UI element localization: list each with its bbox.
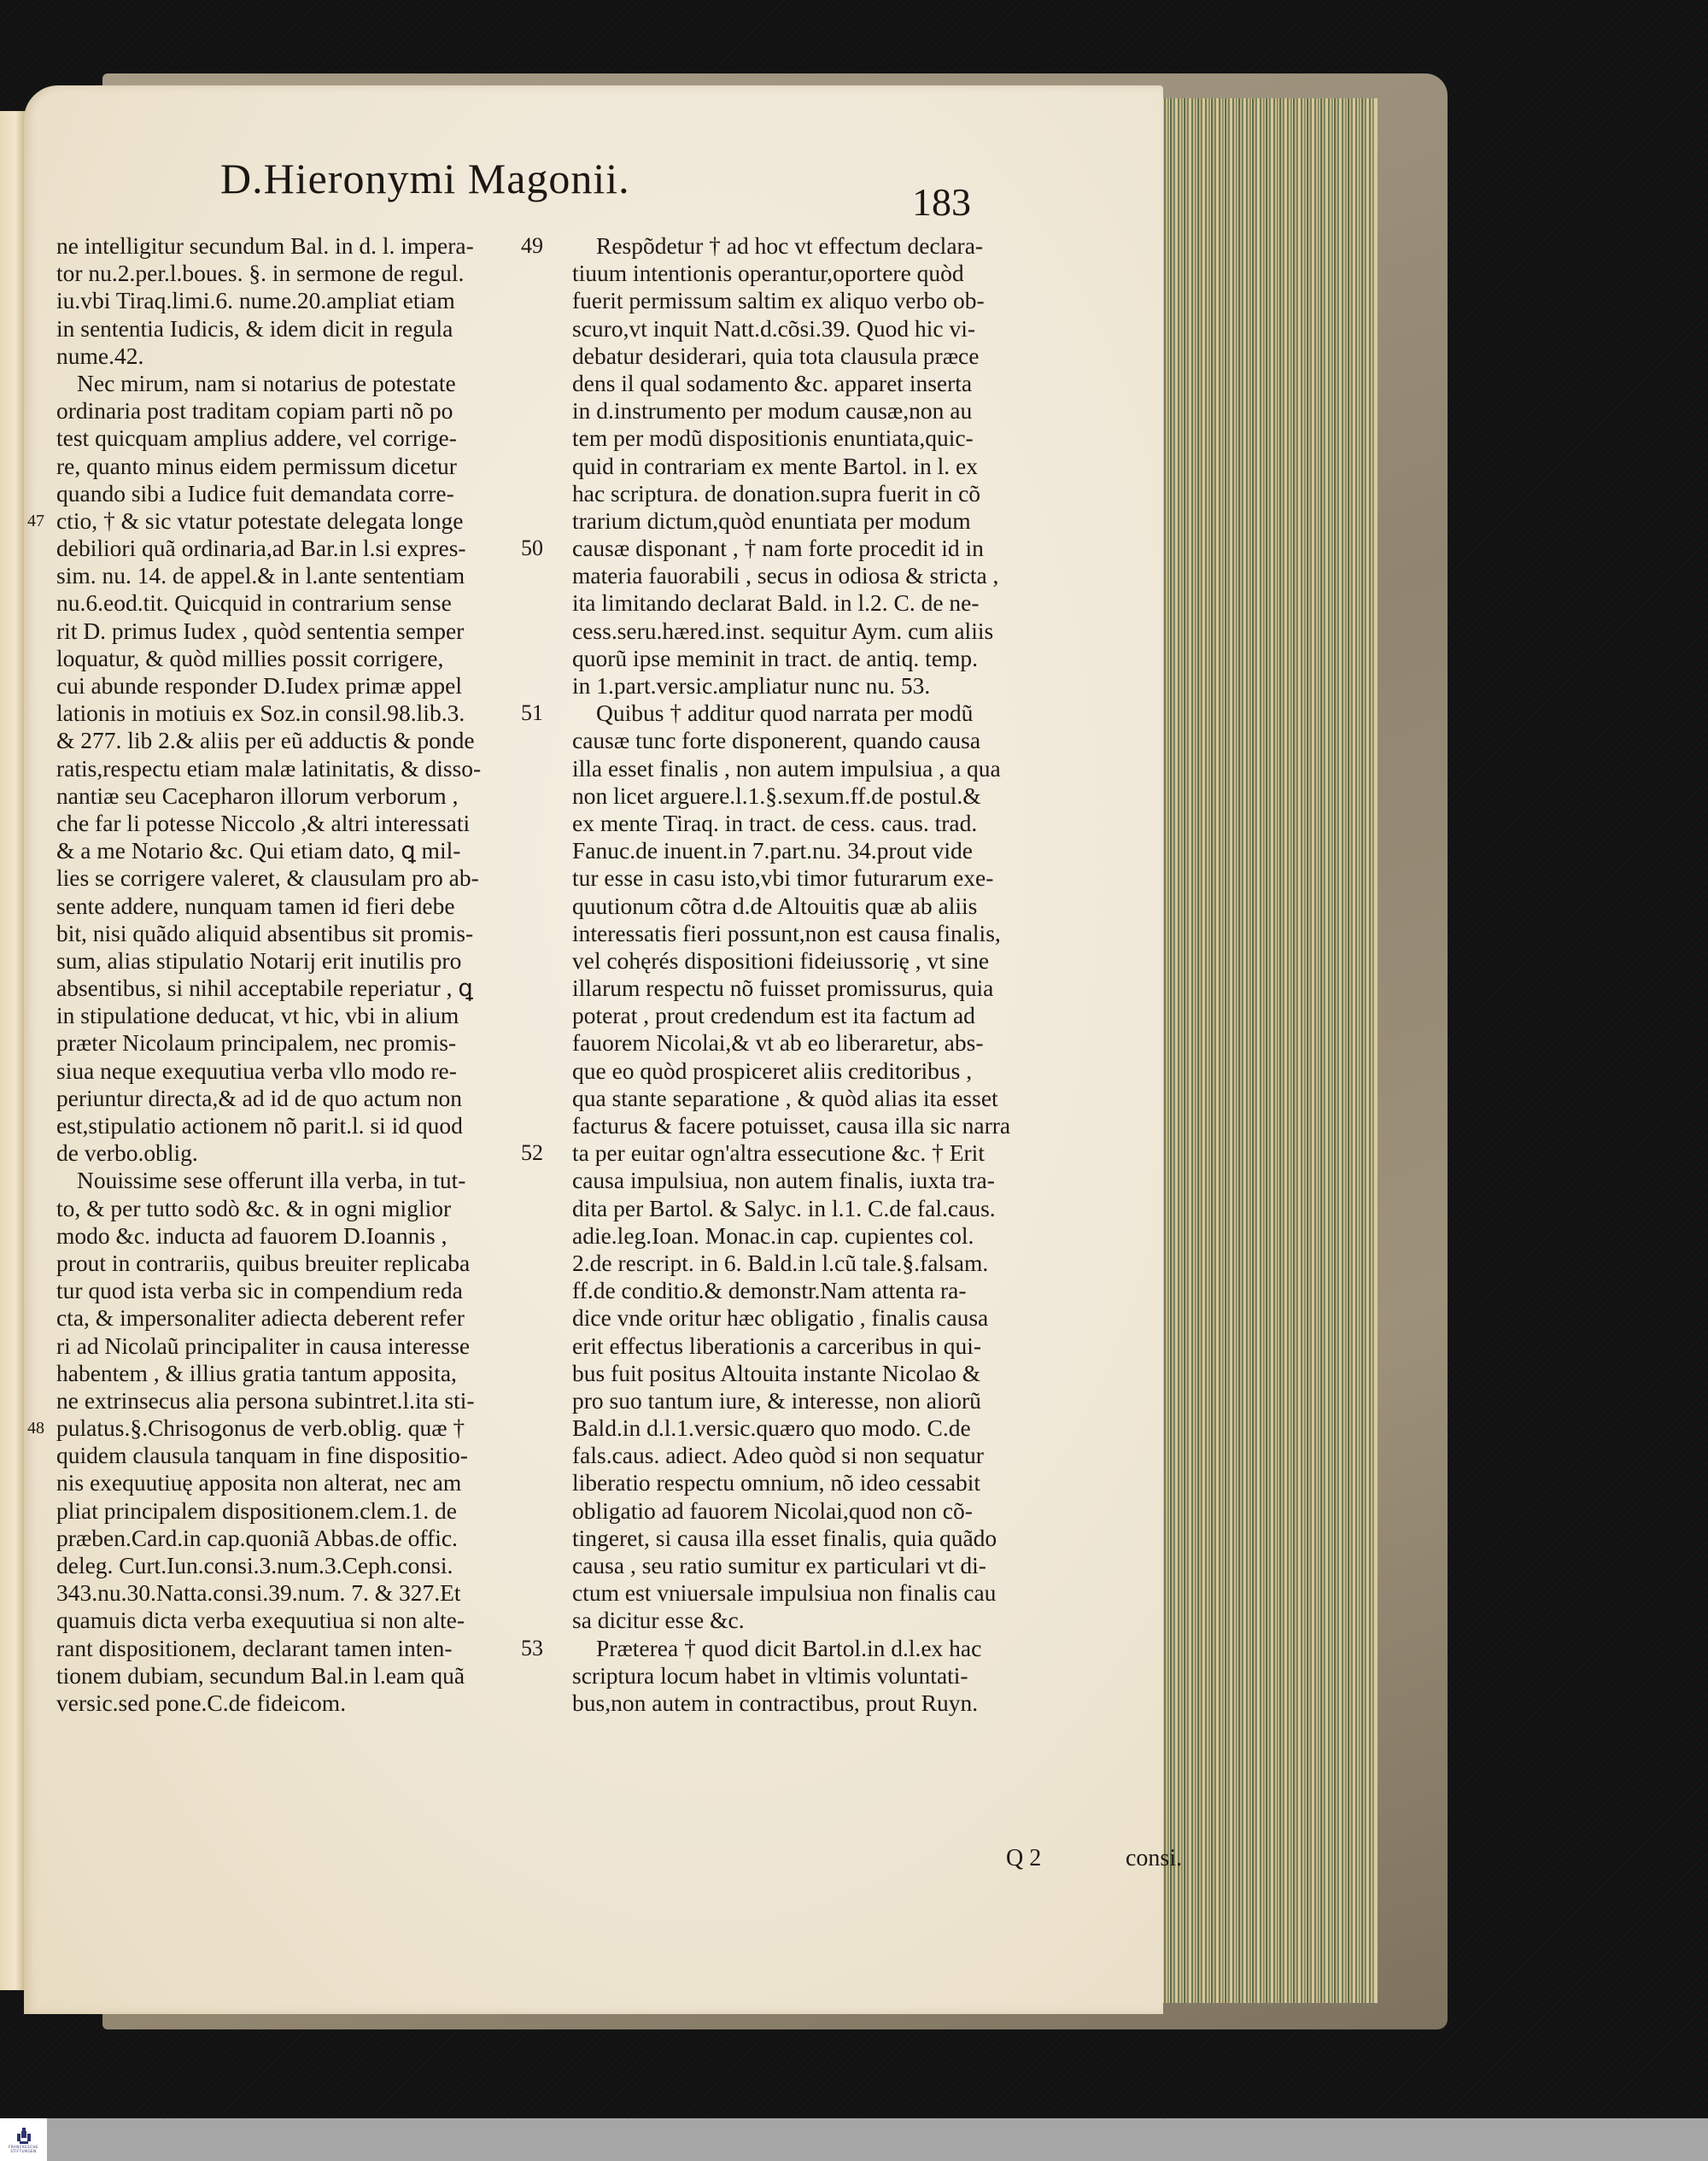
text-line: ne extrinsecus alia persona subintret.l.… — [56, 1387, 500, 1414]
text-line: quutionum cõtra d.de Altouitis quæ ab al… — [547, 893, 1033, 920]
text-line: debatur desiderari, quia tota clausula p… — [547, 343, 1033, 370]
text-line: fals.caus. adiect. Adeo quòd si non sequ… — [547, 1442, 1033, 1469]
text-line: bus,non autem in contractibus, prout Ruy… — [547, 1690, 1033, 1717]
text-line: nu.6.eod.tit. Quicquid in contrarium sen… — [56, 589, 500, 617]
text-line: absentibus, si nihil acceptabile reperia… — [56, 975, 500, 1002]
running-head: D.Hieronymi Magonii. — [220, 154, 630, 203]
text-line: bit, nisi quãdo aliquid absentibus sit p… — [56, 920, 500, 947]
text-line: nume.42. — [56, 343, 500, 370]
text-line: sa dicitur esse &c. — [547, 1607, 1033, 1634]
text-line: 48pulatus.§.Chrisogonus de verb.oblig. q… — [56, 1414, 500, 1442]
text-line: que eo quòd prospiceret aliis creditorib… — [547, 1057, 1033, 1085]
text-line: de verbo.oblig. — [56, 1139, 500, 1167]
text-line: 49Respõdetur † ad hoc vt effectum declar… — [547, 232, 1033, 260]
text-line: quando sibi a Iudice fuit demandata corr… — [56, 480, 500, 507]
text-line: rant dispositionem, declarant tamen inte… — [56, 1635, 500, 1662]
text-line: quidem clausula tanquam in fine disposit… — [56, 1442, 500, 1469]
left-text-column: ne intelligitur secundum Bal. in d. l. i… — [56, 232, 500, 1717]
text-line: scriptura locum habet in vltimis volunta… — [547, 1662, 1033, 1690]
text-line: pro suo tantum iure, & interesse, non al… — [547, 1387, 1033, 1414]
text-line: tingeret, si causa illa esset finalis, q… — [547, 1525, 1033, 1552]
text-line: non licet arguere.l.1.§.sexum.ff.de post… — [547, 782, 1033, 810]
signature-mark: Q 2 — [1006, 1845, 1041, 1872]
text-line: rit D. primus Iudex , quòd sententia sem… — [56, 618, 500, 645]
text-line: che far li potesse Niccolo ,& altri inte… — [56, 810, 500, 837]
text-line: & a me Notario &c. Qui etiam dato, ꝗ mil… — [56, 837, 500, 864]
text-line: lationis in motiuis ex Soz.in consil.98.… — [56, 700, 500, 727]
text-line: cess.seru.hæred.inst. sequitur Aym. cum … — [547, 618, 1033, 645]
text-line: trarium dictum,quòd enuntiata per modum — [547, 507, 1033, 535]
margin-number: 53 — [521, 1635, 543, 1662]
text-line: 343.nu.30.Natta.consi.39.num. 7. & 327.E… — [56, 1579, 500, 1607]
text-line: & 277. lib 2.& aliis per eũ adductis & p… — [56, 727, 500, 754]
text-line: quid in contrariam ex mente Bartol. in l… — [547, 453, 1033, 480]
text-line: tur quod ista verba sic in compendium re… — [56, 1277, 500, 1304]
text-line: debiliori quã ordinaria,ad Bar.in l.si e… — [56, 535, 500, 562]
text-line: tor nu.2.per.l.boues. §. in sermone de r… — [56, 260, 500, 287]
text-line: causa impulsiua, non autem finalis, iuxt… — [547, 1167, 1033, 1194]
text-line: versic.sed pone.C.de fideicom. — [56, 1690, 500, 1717]
text-line: causa , seu ratio sumitur ex particulari… — [547, 1552, 1033, 1579]
text-line: tem per modũ dispositionis enuntiata,qui… — [547, 425, 1033, 452]
text-line: 51Quibus † additur quod narrata per modũ — [547, 700, 1033, 727]
text-line: cta, & impersonaliter adiecta deberent r… — [56, 1304, 500, 1332]
right-text-column: 49Respõdetur † ad hoc vt effectum declar… — [547, 232, 1033, 1717]
text-line: qua stante separatione , & quòd alias it… — [547, 1085, 1033, 1112]
text-line: liberatio respectu omnium, nõ ideo cessa… — [547, 1469, 1033, 1496]
book-page: D.Hieronymi Magonii. 183 ne intelligitur… — [24, 85, 1163, 2014]
text-line: quorũ ipse meminit in tract. de antiq. t… — [547, 645, 1033, 672]
text-line: to, & per tutto sodò &c. & in ogni migli… — [56, 1195, 500, 1222]
page-number: 183 — [912, 179, 971, 225]
text-line: vel cohęrés dispositioni fideiussorię , … — [547, 947, 1033, 975]
margin-number: 51 — [521, 700, 543, 727]
margin-number: 52 — [521, 1139, 543, 1167]
text-line: fauorem Nicolai,& vt ab eo liberaretur, … — [547, 1029, 1033, 1057]
viewer-footer-bar: FRANCKESCHE STIFTUNGEN — [0, 2118, 1708, 2161]
text-line: sim. nu. 14. de appel.& in l.ante senten… — [56, 562, 500, 589]
text-line: erit effectus liberationis a carceribus … — [547, 1332, 1033, 1360]
text-line: quamuis dicta verba exequutiua si non al… — [56, 1607, 500, 1634]
text-line: dita per Bartol. & Salyc. in l.1. C.de f… — [547, 1195, 1033, 1222]
text-line: Nouissime sese offerunt illa verba, in t… — [56, 1167, 500, 1194]
text-line: Bald.in d.l.1.versic.quæro quo modo. C.d… — [547, 1414, 1033, 1442]
text-line: tiuum intentionis operantur,oportere quò… — [547, 260, 1033, 287]
text-line: cui abunde responder D.Iudex primæ appel — [56, 672, 500, 700]
page-fore-edge-stack — [1161, 98, 1378, 2003]
logo-text-line2: STIFTUNGEN — [10, 2149, 36, 2153]
text-line: iu.vbi Tiraq.limi.6. nume.20.ampliat eti… — [56, 287, 500, 314]
text-line: modo &c. inducta ad fauorem D.Ioannis , — [56, 1222, 500, 1250]
text-line: habentem , & illius gratia tantum apposi… — [56, 1360, 500, 1387]
text-line: 50causæ disponant , † nam forte procedit… — [547, 535, 1033, 562]
text-line: illarum respectu nõ fuisset promissurus,… — [547, 975, 1033, 1002]
text-line: in 1.part.versic.ampliatur nunc nu. 53. — [547, 672, 1033, 700]
text-line: Nec mirum, nam si notarius de potestate — [56, 370, 500, 397]
text-line: est,stipulatio actionem nõ parit.l. si i… — [56, 1112, 500, 1139]
text-line: materia fauorabili , secus in odiosa & s… — [547, 562, 1033, 589]
text-line: 53Præterea † quod dicit Bartol.in d.l.ex… — [547, 1635, 1033, 1662]
text-line: dice vnde oritur hæc obligatio , finalis… — [547, 1304, 1033, 1332]
text-line: lies se corrigere valeret, & clausulam p… — [56, 864, 500, 892]
catchword: consi. — [1126, 1845, 1182, 1872]
margin-number: 47 — [27, 507, 44, 535]
text-line: ff.de conditio.& demonstr.Nam attenta ra… — [547, 1277, 1033, 1304]
text-line: tur esse in casu isto,vbi timor futuraru… — [547, 864, 1033, 892]
text-line: in d.instrumento per modum causæ,non au — [547, 397, 1033, 425]
text-line: prout in contrariis, quibus breuiter rep… — [56, 1250, 500, 1277]
text-line: 52ta per euitar ogn'altra essecutione &c… — [547, 1139, 1033, 1167]
text-line: præben.Card.in cap.quoniã Abbas.de offic… — [56, 1525, 500, 1552]
text-line: interessatis fieri possunt,non est causa… — [547, 920, 1033, 947]
text-line: ratis,respectu etiam malæ latinitatis, &… — [56, 755, 500, 782]
institution-logo: FRANCKESCHE STIFTUNGEN — [0, 2118, 47, 2161]
text-line: sente addere, nunquam tamen id fieri deb… — [56, 893, 500, 920]
text-line: in sententia Iudicis, & idem dicit in re… — [56, 315, 500, 343]
text-line: adie.leg.Ioan. Monac.in cap. cupientes c… — [547, 1222, 1033, 1250]
text-line: præter Nicolaum principalem, nec promis- — [56, 1029, 500, 1057]
text-line: deleg. Curt.Iun.consi.3.num.3.Ceph.consi… — [56, 1552, 500, 1579]
text-line: dens il qual sodamento &c. apparet inser… — [547, 370, 1033, 397]
text-line: 2.de rescript. in 6. Bald.in l.cũ tale.§… — [547, 1250, 1033, 1277]
text-line: ne intelligitur secundum Bal. in d. l. i… — [56, 232, 500, 260]
text-line: fuerit permissum saltim ex aliquo verbo … — [547, 287, 1033, 314]
text-line: 47ctio, † & sic vtatur potestate delegat… — [56, 507, 500, 535]
text-line: periuntur directa,& ad id de quo actum n… — [56, 1085, 500, 1112]
margin-number: 49 — [521, 232, 543, 260]
margin-number: 50 — [521, 535, 543, 562]
text-line: poterat , prout credendum est ita factum… — [547, 1002, 1033, 1029]
text-line: hac scriptura. de donation.supra fuerit … — [547, 480, 1033, 507]
text-line: nis exequutiuę apposita non alterat, nec… — [56, 1469, 500, 1496]
text-line: in stipulatione deducat, vt hic, vbi in … — [56, 1002, 500, 1029]
margin-number: 48 — [27, 1414, 44, 1442]
text-line: re, quanto minus eidem permissum dicetur — [56, 453, 500, 480]
text-line: loquatur, & quòd millies possit corriger… — [56, 645, 500, 672]
text-line: tionem dubiam, secundum Bal.in l.eam quã — [56, 1662, 500, 1690]
text-line: scuro,vt inquit Natt.d.cõsi.39. Quod hic… — [547, 315, 1033, 343]
text-line: bus fuit positus Altouita instante Nicol… — [547, 1360, 1033, 1387]
text-line: nantiæ seu Cacepharon illorum verborum , — [56, 782, 500, 810]
francke-statue-icon — [16, 2126, 32, 2145]
text-line: test quicquam amplius addere, vel corrig… — [56, 425, 500, 452]
text-line: Fanuc.de inuent.in 7.part.nu. 34.prout v… — [547, 837, 1033, 864]
text-line: pliat principalem dispositionem.clem.1. … — [56, 1497, 500, 1525]
text-line: ctum est vniuersale impulsiua non finali… — [547, 1579, 1033, 1607]
text-line: ordinaria post traditam copiam parti nõ … — [56, 397, 500, 425]
text-line: illa esset finalis , non autem impulsiua… — [547, 755, 1033, 782]
text-line: siua neque exequutiua verba vllo modo re… — [56, 1057, 500, 1085]
text-line: ita limitando declarat Bald. in l.2. C. … — [547, 589, 1033, 617]
text-line: sum, alias stipulatio Notarij erit inuti… — [56, 947, 500, 975]
text-line: facturus & facere potuisset, causa illa … — [547, 1112, 1033, 1139]
text-line: causæ tunc forte disponerent, quando cau… — [547, 727, 1033, 754]
text-line: obligatio ad fauorem Nicolai,quod non cõ… — [547, 1497, 1033, 1525]
text-line: ri ad Nicolaũ principaliter in causa int… — [56, 1332, 500, 1360]
text-line: ex mente Tiraq. in tract. de cess. caus.… — [547, 810, 1033, 837]
